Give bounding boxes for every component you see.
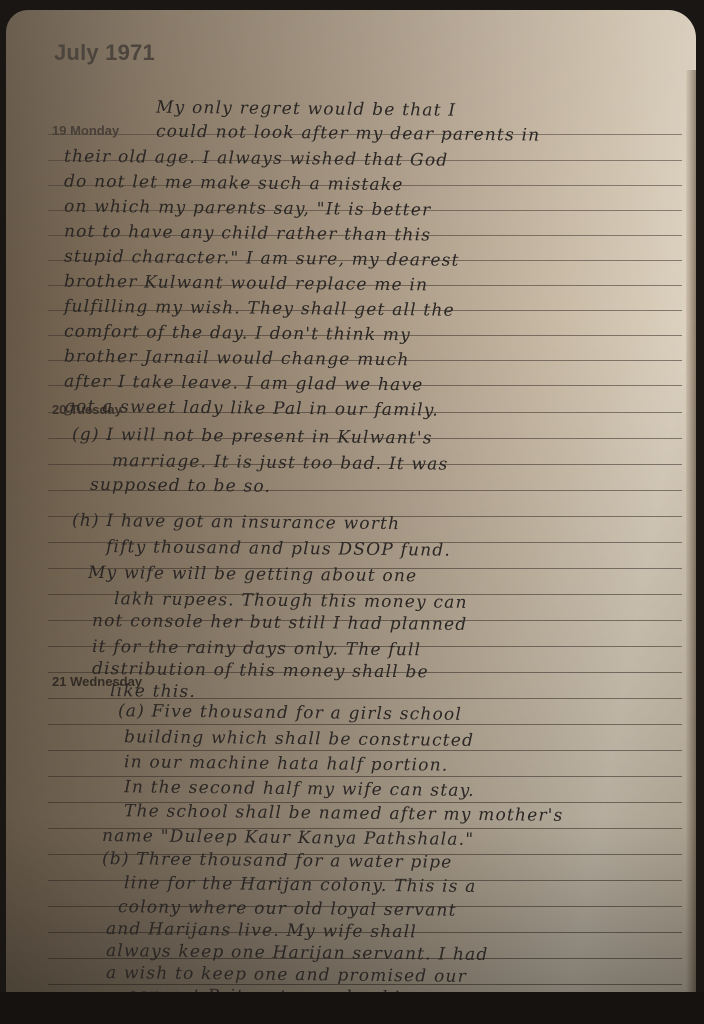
handwritten-line: comfort of the day. I don't think my	[6, 321, 686, 348]
handwritten-line: brother Jarnail would change much	[6, 346, 686, 373]
handwritten-line	[6, 500, 686, 507]
month-title: July 1971	[54, 40, 155, 66]
handwritten-line: could not look after my dear parents in	[6, 120, 686, 147]
handwritten-line: My only regret would be that I	[6, 96, 686, 123]
desk-shadow	[0, 992, 704, 1024]
handwritten-line: their old age. I always wished that God	[6, 146, 686, 173]
handwritten-line: name "Duleep Kaur Kanya Pathshala."	[6, 825, 686, 852]
handwritten-line: do not let me make such a mistake	[6, 171, 686, 198]
handwritten-line: In the second half my wife can stay.	[6, 776, 686, 803]
handwritten-line: My wife will be getting about one	[6, 562, 686, 589]
handwritten-line: fulfilling my wish. They shall get all t…	[6, 296, 686, 323]
handwritten-line: (b) Three thousand for a water pipe	[6, 848, 686, 875]
page-edge	[686, 70, 696, 1020]
handwritten-line: line for the Harijan colony. This is a	[6, 872, 686, 899]
handwritten-line: fifty thousand and plus DSOP fund.	[6, 536, 686, 563]
handwritten-line: on which my parents say, "It is better	[6, 196, 686, 223]
handwritten-line: marriage. It is just too bad. It was	[6, 450, 686, 477]
handwritten-line: stupid character." I am sure, my dearest	[6, 246, 686, 273]
handwritten-line: (h) I have got an insurance worth	[6, 510, 686, 537]
handwritten-line: brother Kulwant would replace me in	[6, 271, 686, 298]
handwritten-line: (g) I will not be present in Kulwant's	[6, 424, 686, 451]
diary-page: July 1971 19 Monday My only regret would…	[6, 10, 696, 1020]
handwritten-line: The school shall be named after my mothe…	[6, 800, 686, 827]
handwritten-line: supposed to be so.	[6, 474, 686, 501]
handwritten-line: in our machine hata half portion.	[6, 751, 686, 778]
handwritten-line: after I take leave. I am glad we have	[6, 371, 686, 398]
handwritten-line: got a sweet lady like Pal in our family.	[6, 396, 686, 423]
handwritten-line: not to have any child rather than this	[6, 221, 686, 248]
